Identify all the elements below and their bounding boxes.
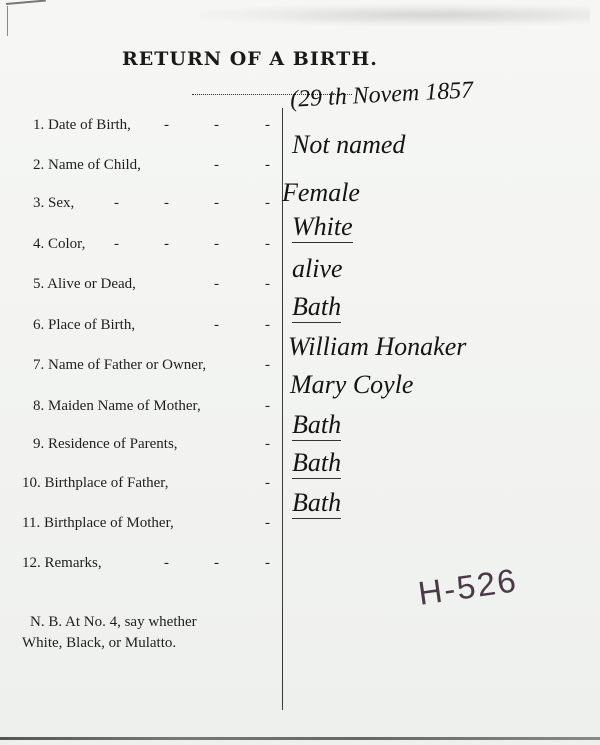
leader-dash: -: [164, 195, 169, 212]
field-label: 12. Remarks,: [22, 555, 102, 572]
leader-dash: -: [164, 555, 169, 572]
field-label: 1. Date of Birth,: [33, 117, 131, 134]
field-label: 4. Color,: [33, 236, 85, 253]
leader-dash: -: [265, 357, 270, 374]
handwritten-value: Not named: [292, 130, 405, 160]
leader-dash: -: [214, 117, 219, 134]
leader-dash: -: [265, 436, 270, 453]
document-title: RETURN OF A BIRTH.: [122, 48, 378, 70]
handwritten-value: William Honaker: [288, 332, 466, 362]
field-label: 8. Maiden Name of Mother,: [33, 398, 201, 415]
leader-dash: -: [265, 117, 270, 134]
leader-dash: -: [265, 475, 270, 492]
field-label: 10. Birthplace of Father,: [22, 475, 168, 492]
leader-dash: -: [164, 117, 169, 134]
handwritten-value: Bath: [292, 292, 341, 323]
leader-dash: -: [114, 236, 119, 253]
leader-dash: -: [265, 236, 270, 253]
leader-dash: -: [265, 317, 270, 334]
footnote-line-1: N. B. At No. 4, say whether: [22, 612, 197, 633]
leader-dash: -: [265, 555, 270, 572]
leader-dash: -: [265, 276, 270, 293]
field-label: 6. Place of Birth,: [33, 317, 135, 334]
handwritten-value: Bath: [292, 488, 341, 519]
field-label: 11. Birthplace of Mother,: [22, 515, 174, 532]
handwritten-value: Bath: [292, 410, 341, 441]
document-page: RETURN OF A BIRTH. 1. Date of Birth,---(…: [0, 0, 600, 745]
handwritten-value: Bath: [292, 448, 341, 479]
field-label: 2. Name of Child,: [33, 157, 141, 174]
handwritten-value: alive: [292, 254, 343, 284]
leader-dash: -: [214, 317, 219, 334]
handwritten-value: Mary Coyle: [290, 370, 413, 400]
leader-dash: -: [214, 555, 219, 572]
leader-dash: -: [214, 236, 219, 253]
paper-edge-top: [6, 0, 46, 5]
leader-dash: -: [214, 157, 219, 174]
field-label: 3. Sex,: [33, 195, 74, 212]
leader-dash: -: [214, 276, 219, 293]
leader-dash: -: [265, 195, 270, 212]
footnote-line-2: White, Black, or Mulatto.: [22, 633, 197, 654]
leader-dash: -: [214, 195, 219, 212]
paper-edge-left: [7, 6, 8, 36]
handwritten-value: (29 th Novem 1857: [289, 77, 473, 114]
leader-dash: -: [265, 398, 270, 415]
archive-reference-number: H-526: [416, 561, 520, 613]
leader-dash: -: [164, 236, 169, 253]
handwritten-value: Female: [282, 178, 360, 208]
paper-edge-bottom: [0, 737, 600, 740]
footnote: N. B. At No. 4, say whether White, Black…: [22, 612, 197, 654]
leader-dash: -: [265, 515, 270, 532]
field-label: 7. Name of Father or Owner,: [33, 357, 206, 374]
scan-smudge: [200, 4, 590, 26]
field-label: 9. Residence of Parents,: [33, 436, 178, 453]
handwritten-value: White: [292, 212, 353, 243]
leader-dash: -: [265, 157, 270, 174]
field-label: 5. Alive or Dead,: [33, 276, 136, 293]
leader-dash: -: [114, 195, 119, 212]
